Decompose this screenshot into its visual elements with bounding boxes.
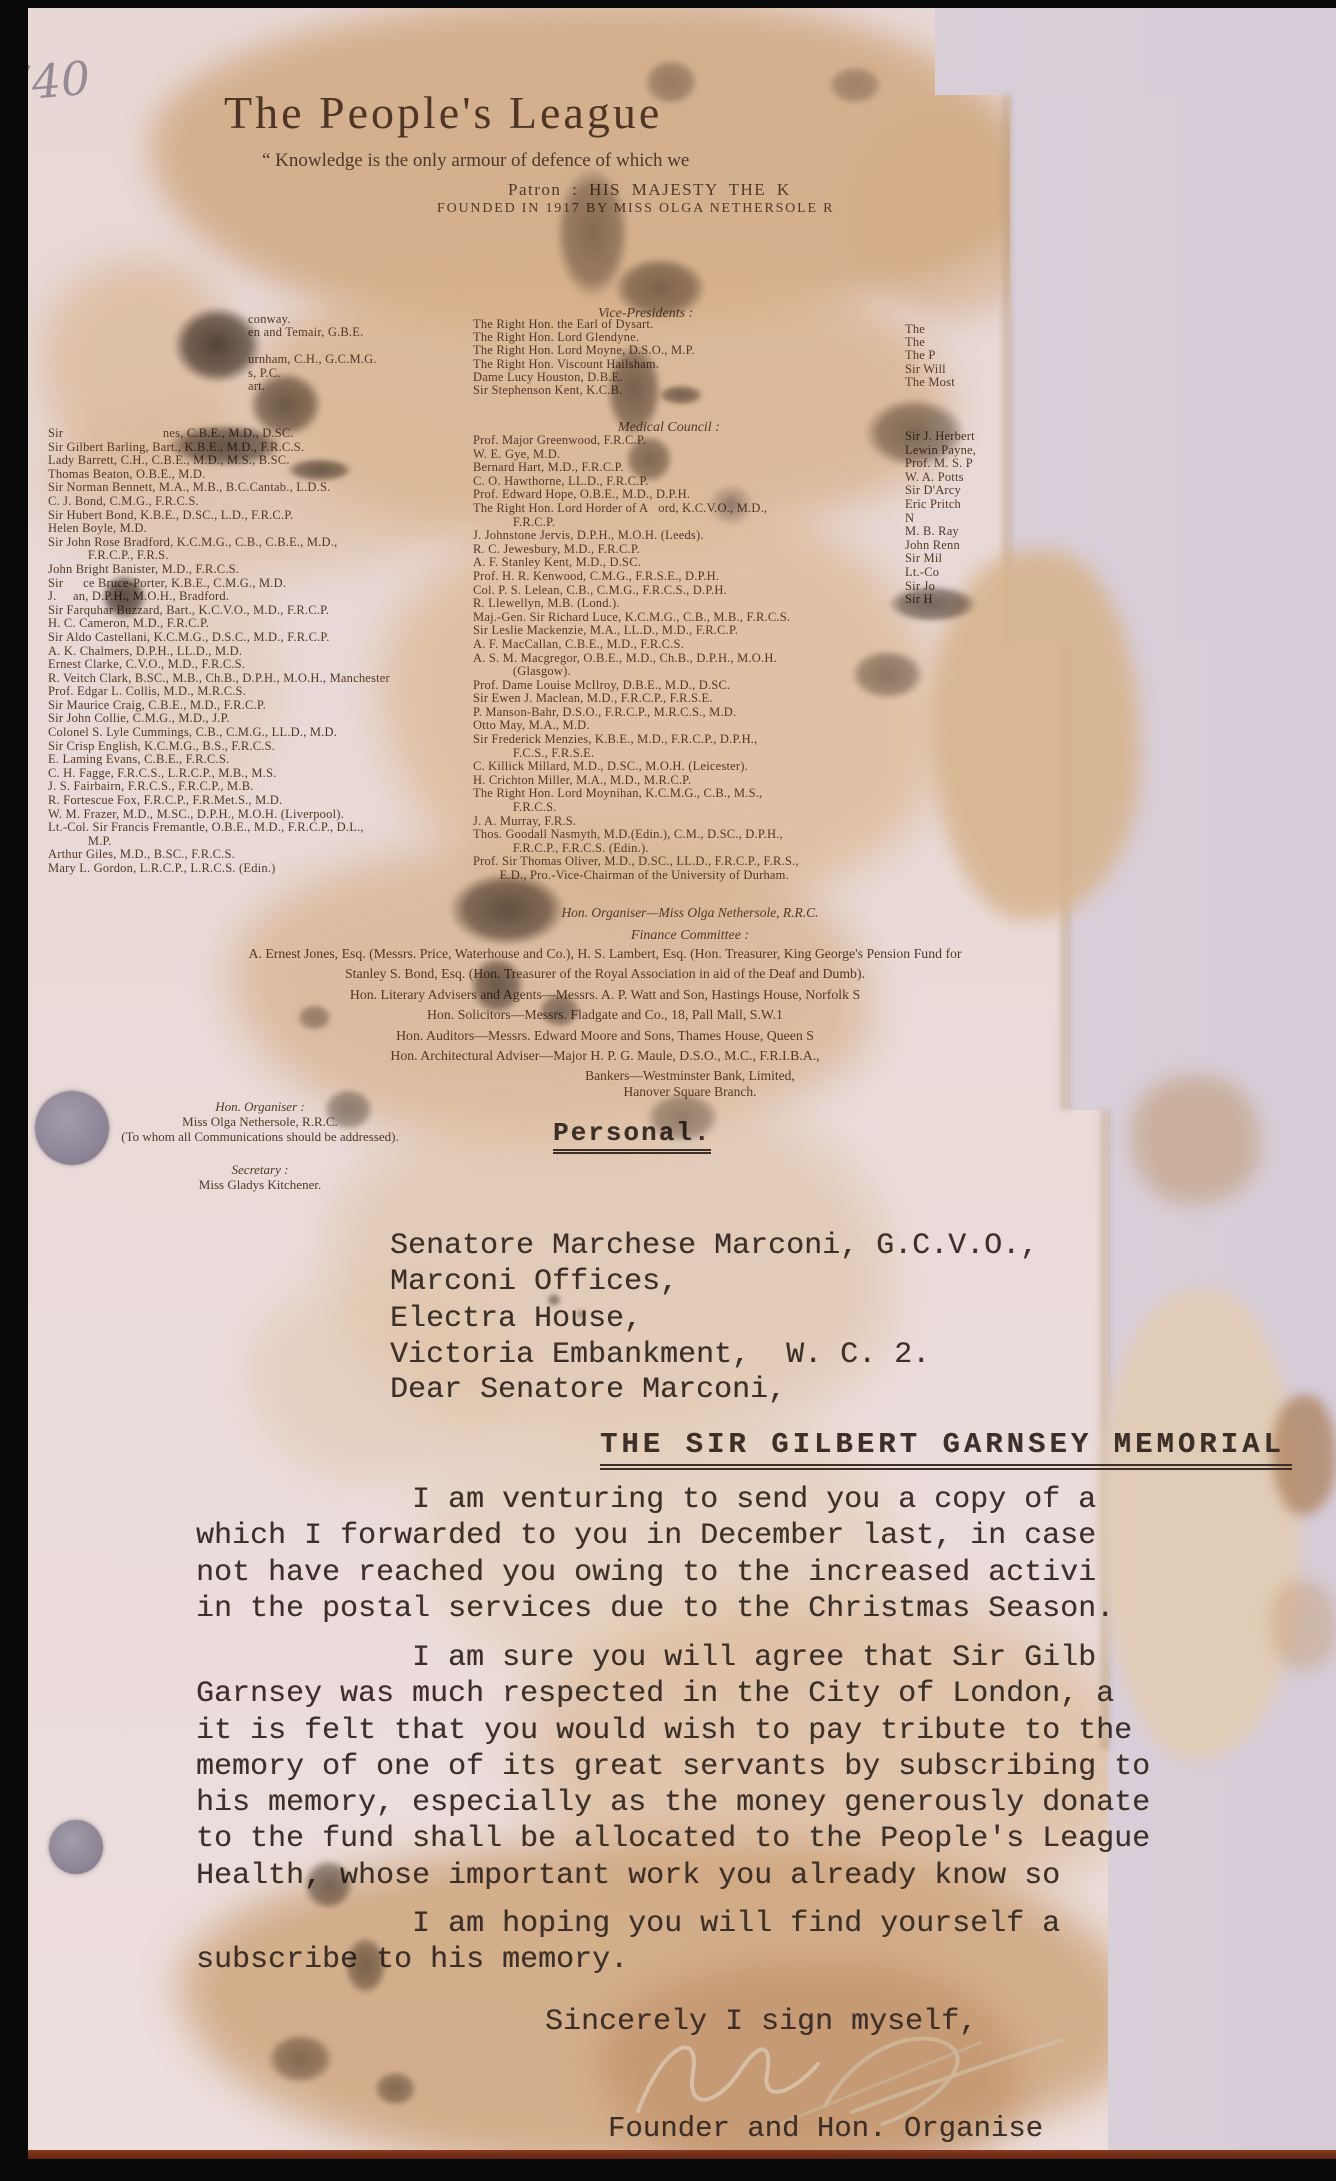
list-line: R. Llewellyn, M.B. (Lond.).: [473, 597, 933, 611]
list-line: F.R.C.P., F.R.S.: [48, 549, 478, 563]
list-line: A. K. Chalmers, D.P.H., LL.D., M.D.: [48, 645, 478, 659]
stain-blob: [1270, 1580, 1336, 1670]
ink-blot: [635, 1085, 730, 1150]
ink-blot: [600, 248, 720, 328]
list-line: Thomas Beaton, O.B.E., M.D.: [48, 468, 478, 482]
list-line: Col. P. S. Lelean, C.B., C.M.G., F.R.C.S…: [473, 584, 933, 598]
ink-blot: [432, 862, 582, 957]
photo-frame-top: [0, 0, 1336, 8]
list-line: Sir Norman Bennett, M.A., M.B., B.C.Cant…: [48, 481, 478, 495]
list-line: Garnsey was much respected in the City o…: [196, 1676, 1150, 1712]
list-line: Sir D'Arcy: [905, 484, 976, 498]
list-line: subscribe to his memory.: [196, 1942, 1060, 1978]
list-line: N: [905, 512, 976, 526]
recipient-address: Senatore Marchese Marconi, G.C.V.O.,Marc…: [390, 1228, 1038, 1373]
ink-blot: [150, 418, 300, 473]
secretary-block: Secretary :Miss Gladys Kitchener.: [50, 1163, 470, 1193]
list-line: A. Ernest Jones, Esq. (Messrs. Price, Wa…: [110, 944, 1100, 964]
paragraph-1: I am venturing to send you a copy of awh…: [196, 1482, 1114, 1627]
ink-blot: [368, 2066, 423, 2111]
ink-blot: [292, 1000, 337, 1035]
list-line: The P: [905, 349, 955, 362]
ink-blot: [545, 1292, 563, 1308]
list-line: Helen Boyle, M.D.: [48, 522, 478, 536]
hole-punch: [35, 1091, 109, 1165]
list-line: J. Johnstone Jervis, D.P.H., M.O.H. (Lee…: [473, 529, 933, 543]
list-line: Hon. Auditors—Messrs. Edward Moore and S…: [110, 1026, 1100, 1046]
photo-frame-left: [0, 0, 28, 2181]
hon-organiser-block: Hon. Organiser :Miss Olga Nethersole, R.…: [50, 1100, 470, 1144]
list-line: W. M. Frazer, M.D., M.SC., D.P.H., M.O.H…: [48, 808, 478, 822]
letterhead-title: The People's League: [224, 86, 662, 139]
list-line: C. O. Hawthorne, LL.D., F.R.C.P.: [473, 475, 933, 489]
photo-frame-edge-line: [28, 2150, 1336, 2159]
ink-blot: [277, 455, 362, 485]
list-line: Prof. H. R. Kenwood, C.M.G., F.R.S.E., D…: [473, 570, 933, 584]
list-line: I am sure you will agree that Sir Gilb: [196, 1640, 1150, 1676]
stain-blob: [1130, 1075, 1260, 1205]
list-line: Miss Gladys Kitchener.: [50, 1178, 470, 1193]
list-line: E. Laming Evans, C.B.E., F.R.C.S.: [48, 753, 478, 767]
list-line: Colonel S. Lyle Cummings, C.B., C.M.G., …: [48, 726, 478, 740]
list-line: F.R.C.P., F.R.C.S. (Edin.).: [473, 842, 933, 856]
finance-committee-lines: A. Ernest Jones, Esq. (Messrs. Price, Wa…: [110, 944, 1100, 1066]
list-line: Miss Olga Nethersole, R.R.C.: [50, 1115, 470, 1130]
list-line: Sir Frederick Menzies, K.B.E., M.D., F.R…: [473, 733, 933, 747]
signoff-title: Founder and Hon. Organise: [608, 2112, 1043, 2145]
ink-blot: [850, 388, 980, 478]
list-line: Lt.-Co: [905, 566, 976, 580]
ink-blot: [820, 60, 890, 110]
ink-blot: [875, 580, 990, 628]
list-line: Hon. Solicitors—Messrs. Fladgate and Co.…: [110, 1005, 1100, 1025]
subject-text: THE SIR GILBERT GARNSEY MEMORIAL: [600, 1428, 1285, 1461]
list-line: John Renn: [905, 539, 976, 553]
list-line: C. J. Bond, C.M.G., F.R.C.S.: [48, 495, 478, 509]
subject-line: THE SIR GILBERT GARNSEY MEMORIAL: [600, 1428, 1292, 1470]
list-line: (To whom all Communications should be ad…: [50, 1130, 470, 1145]
list-line: to the fund shall be allocated to the Pe…: [196, 1821, 1150, 1857]
list-line: Otto May, M.A., M.D.: [473, 719, 933, 733]
ink-blot: [258, 2026, 343, 2091]
ink-blot: [316, 1082, 381, 1137]
list-line: Lt.-Col. Sir Francis Fremantle, O.B.E., …: [48, 821, 478, 835]
list-line: H. Crichton Miller, M.A., M.D., M.R.C.P.: [473, 774, 933, 788]
list-line: M. B. Ray: [905, 525, 976, 539]
ink-blot: [840, 642, 935, 707]
list-line: Sir Mil: [905, 552, 976, 566]
list-line: C. Killick Millard, M.D., D.SC., M.O.H. …: [473, 760, 933, 774]
list-line: Sir Hubert Bond, K.B.E., D.SC., L.D., F.…: [48, 509, 478, 523]
list-line: Sir John Rose Bradford, K.C.M.G., C.B., …: [48, 536, 478, 550]
list-line: Arthur Giles, M.D., B.SC., F.R.C.S.: [48, 848, 478, 862]
ink-blot: [532, 988, 587, 1033]
list-line: his memory, especially as the money gene…: [196, 1785, 1150, 1821]
list-line: memory of one of its great servants by s…: [196, 1749, 1150, 1785]
vice-presidents-right-column: TheTheThe PSir WillThe Most: [905, 323, 955, 389]
list-line: R. C. Jewesbury, M.D., F.R.C.P.: [473, 543, 933, 557]
list-line: A. F. Stanley Kent, M.D., D.SC.: [473, 556, 933, 570]
list-line: Victoria Embankment, W. C. 2.: [390, 1337, 1038, 1373]
list-line: Sir Crisp English, K.C.M.G., B.S., F.R.C…: [48, 740, 478, 754]
list-line: I am venturing to send you a copy of a: [196, 1482, 1114, 1518]
backing-sheet: [935, 0, 1336, 95]
ink-blot: [338, 1928, 393, 2003]
list-line: The Right Hon. Lord Moynihan, K.C.M.G., …: [473, 787, 933, 801]
list-line: Ernest Clarke, C.V.O., M.D., F.R.C.S.: [48, 658, 478, 672]
list-line: R. Veitch Clark, B.SC., M.B., Ch.B., D.P…: [48, 672, 478, 686]
list-line: Sir Will: [905, 363, 955, 376]
list-line: Secretary :: [50, 1163, 470, 1178]
ink-blot: [296, 1852, 361, 1917]
list-line: not have reached you owing to the increa…: [196, 1555, 1114, 1591]
ink-blot: [575, 1308, 587, 1320]
list-line: C. H. Fagge, F.R.C.S., L.R.C.P., M.B., M…: [48, 767, 478, 781]
list-line: Senatore Marchese Marconi, G.C.V.O.,: [390, 1228, 1038, 1264]
medical-council-left-column: Sir nes, C.B.E., M.D., D.SC.Sir Gilbert …: [48, 427, 478, 876]
list-line: Hon. Literary Advisers and Agents—Messrs…: [110, 985, 1100, 1005]
list-line: Hon. Architectural Adviser—Major H. P. G…: [110, 1046, 1100, 1066]
list-line: Bernard Hart, M.D., F.R.C.P.: [473, 461, 933, 475]
list-line: Sir Maurice Craig, C.B.E., M.D., F.R.C.P…: [48, 699, 478, 713]
list-line: Sir Leslie Mackenzie, M.A., LL.D., M.D.,…: [473, 624, 933, 638]
hole-punch: [49, 1820, 103, 1874]
ink-blot: [700, 476, 762, 534]
list-line: Sir Aldo Castellani, K.C.M.G., D.S.C., M…: [48, 631, 478, 645]
list-line: Maj.-Gen. Sir Richard Luce, K.C.M.G., C.…: [473, 611, 933, 625]
salutation: Dear Senatore Marconi,: [390, 1372, 786, 1408]
list-line: which I forwarded to you in December las…: [196, 1518, 1114, 1554]
list-line: Mary L. Gordon, L.R.C.P., L.R.C.S. (Edin…: [48, 862, 478, 876]
ink-blot: [95, 568, 153, 626]
list-line: P. Manson-Bahr, D.S.O., F.R.C.P., M.R.C.…: [473, 706, 933, 720]
list-line: J. S. Fairbairn, F.R.C.S., F.R.C.P., M.B…: [48, 780, 478, 794]
scanned-letter-photo: The People's League “ Knowledge is the o…: [0, 0, 1336, 2181]
list-line: it is felt that you would wish to pay tr…: [196, 1713, 1150, 1749]
list-line: Prof. Edgar L. Collis, M.D., M.R.C.S.: [48, 685, 478, 699]
ink-blot: [652, 382, 710, 408]
list-line: F.C.S., F.R.S.E.: [473, 747, 933, 761]
letterhead-motto: “ Knowledge is the only armour of defenc…: [262, 150, 689, 172]
list-line: in the postal services due to the Christ…: [196, 1591, 1114, 1627]
list-line: Stanley S. Bond, Esq. (Hon. Treasurer of…: [110, 964, 1100, 984]
list-line: M.P.: [48, 835, 478, 849]
list-line: Marconi Offices,: [390, 1264, 1038, 1300]
list-line: F.R.C.S.: [473, 801, 933, 815]
list-line: J. A. Murray, F.R.S.: [473, 815, 933, 829]
ink-blot: [462, 948, 532, 1023]
ink-blot: [636, 52, 706, 112]
list-line: Sir John Collie, C.M.G., M.D., J.P.: [48, 712, 478, 726]
list-line: Hon. Organiser :: [50, 1100, 470, 1115]
ink-blot: [618, 428, 680, 490]
list-line: Thos. Goodall Nasmyth, M.D.(Edin.), C.M.…: [473, 828, 933, 842]
list-line: Bankers—Westminster Bank, Limited,: [340, 1068, 1040, 1084]
photo-frame-bottom: [0, 2159, 1336, 2181]
list-line: Eric Pritch: [905, 498, 976, 512]
list-line: Electra House,: [390, 1301, 1038, 1337]
list-line: R. Fortescue Fox, F.R.C.P., F.R.Met.S., …: [48, 794, 478, 808]
